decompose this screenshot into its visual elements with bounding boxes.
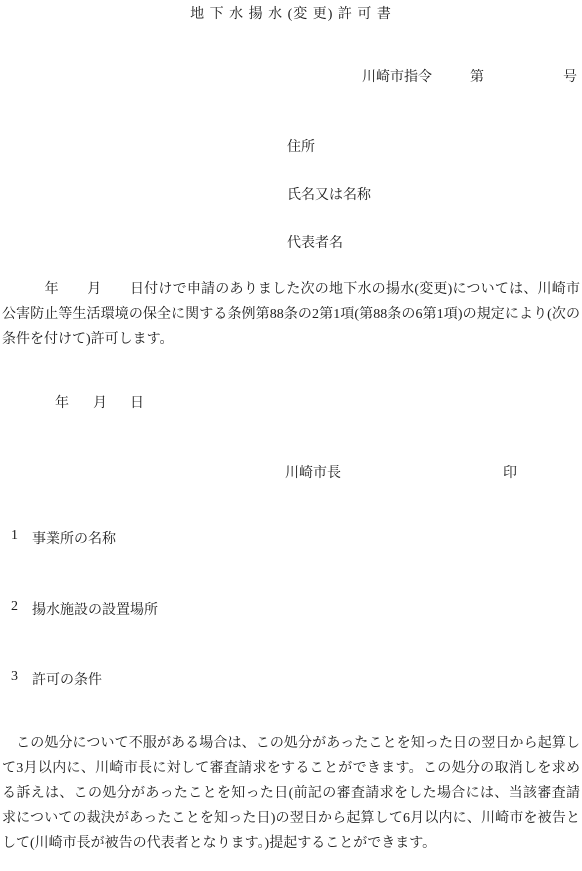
appeal-rights-paragraph: この処分について不服がある場合は、この処分があったことを知った日の翌日から起算し… (2, 731, 580, 856)
item-number: 3 (11, 669, 18, 685)
issue-date-year-label: 年 (55, 392, 69, 412)
recipient-address-label: 住所 (287, 136, 315, 156)
item-label: 揚水施設の設置場所 (32, 599, 158, 619)
item-label: 事業所の名称 (32, 528, 116, 548)
seal-mark: 印 (503, 462, 517, 482)
recipient-representative-label: 代表者名 (287, 232, 343, 252)
list-item-facility-location: 2 揚水施設の設置場所 (0, 599, 582, 619)
recipient-name-label: 氏名又は名称 (287, 184, 371, 204)
permit-document-page: 地 下 水 揚 水 (変 更) 許 可 書 川崎市指令 第 号 住所 氏名又は名… (0, 0, 582, 871)
item-number: 2 (11, 599, 18, 615)
item-label: 許可の条件 (32, 669, 102, 689)
directive-issuer-label: 川崎市指令 (362, 66, 432, 86)
list-item-business-name: 1 事業所の名称 (0, 528, 582, 548)
permit-body-paragraph: 年 月 日付けで申請のありました次の地下水の揚水(変更)については、川崎市公害防… (2, 277, 580, 352)
document-title: 地 下 水 揚 水 (変 更) 許 可 書 (0, 3, 582, 23)
issue-date-month-label: 月 (93, 392, 107, 412)
directive-number-suffix: 号 (563, 66, 577, 86)
issue-date-day-label: 日 (130, 392, 144, 412)
mayor-signature-label: 川崎市長 (285, 462, 341, 482)
directive-number-prefix: 第 (470, 66, 484, 86)
list-item-permit-conditions: 3 許可の条件 (0, 669, 582, 689)
item-number: 1 (11, 528, 18, 544)
